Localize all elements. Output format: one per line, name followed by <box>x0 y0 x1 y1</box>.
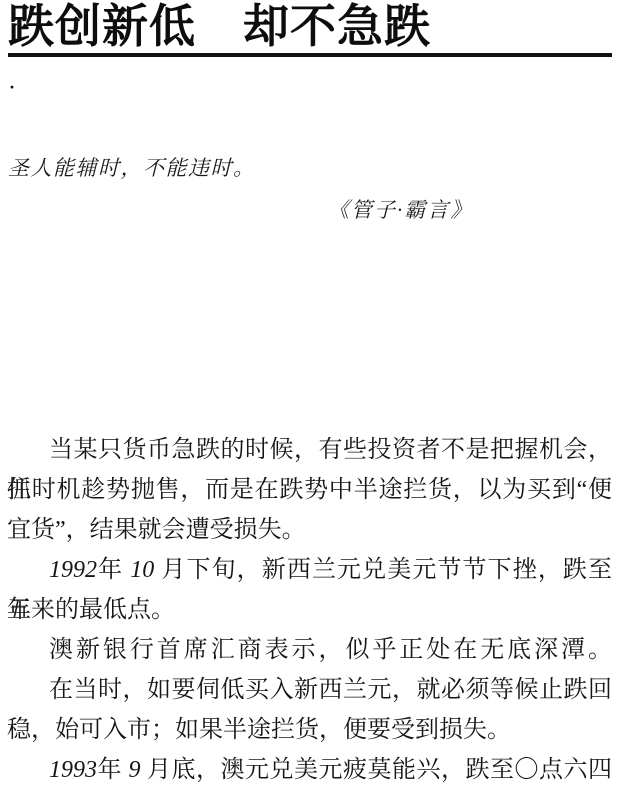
body-line: 1992年 10 月下旬，新西兰元兑美元节节下挫，跌至五 <box>7 550 612 590</box>
body-line-text: 月底，澳元兑美元疲莫能兴，跌至〇点六四 <box>141 757 613 783</box>
body-line: 年来的最低点。 <box>7 590 612 630</box>
body-line: 宜货”，结果就会遭受损失。 <box>7 510 612 550</box>
epigraph-quote: 圣人能辅时，不能违时。 <box>8 153 256 183</box>
body-line: 住时机趁势抛售，而是在跌势中半途拦货，以为买到“便 <box>7 470 612 510</box>
title-underline-rule <box>8 53 612 57</box>
body-line: 当某只货币急跌的时候，有些投资者不是把握机会，抓 <box>7 430 612 470</box>
numeral: 1992 <box>49 557 97 583</box>
body-line: 澳新银行首席汇商表示，似乎正处在无底深潭。 <box>7 630 612 670</box>
body-text: 当某只货币急跌的时候，有些投资者不是把握机会，抓 住时机趁势抛售，而是在跌势中半… <box>7 430 612 790</box>
document-page: 跌创新低 却不急跌 · 圣人能辅时，不能违时。 《管子·霸言》 当某只货币急跌的… <box>0 0 618 794</box>
numeral: 10 <box>130 557 154 583</box>
body-line: 在当时，如要伺低买入新西兰元，就必须等候止跌回 <box>7 670 612 710</box>
numeral: 1993 <box>49 757 97 783</box>
epigraph-source: 《管子·霸言》 <box>328 196 473 224</box>
numeral: 9 <box>129 757 141 783</box>
body-line: 1993年 9 月底，澳元兑美元疲莫能兴，跌至〇点六四 <box>7 750 612 790</box>
body-line-text: 年 <box>97 757 129 783</box>
margin-dot: · <box>9 78 15 96</box>
body-line: 稳，始可入市；如果半途拦货，便要受到损失。 <box>7 710 612 750</box>
page-title: 跌创新低 却不急跌 <box>8 1 431 51</box>
body-line-text: 年 <box>97 557 130 583</box>
